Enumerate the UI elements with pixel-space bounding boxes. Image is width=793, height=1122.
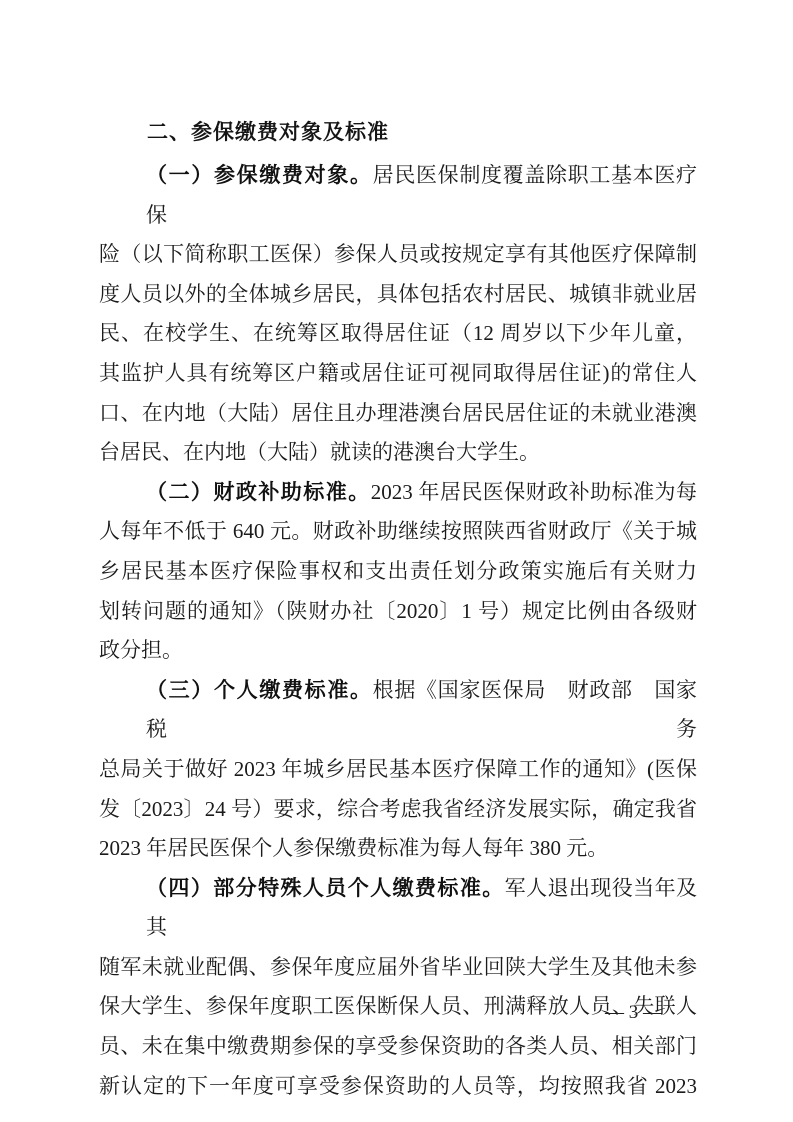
text-run: 人每年不低于 640 元。财政补助继续按照陕西省财政厅《关于城 [99, 519, 697, 543]
text-line: （一）参保缴费对象。居民医保制度覆盖除职工基本医疗保 [99, 156, 697, 235]
text-run: 乡居民基本医疗保险事权和支出责任划分政策实施后有关财力 [99, 559, 697, 583]
text-line: 口、在内地（大陆）居住且办理港澳台居民居住证的未就业港澳 [99, 394, 697, 434]
text-line: 随军未就业配偶、参保年度应届外省毕业回陕大学生及其他未参 [99, 948, 697, 988]
text-run: 度人员以外的全体城乡居民，具体包括农村居民、城镇非就业居 [99, 282, 697, 306]
text-run: 划转问题的通知》（陕财办社〔2020〕1 号）规定比例由各级财 [99, 599, 697, 623]
text-line: 总局关于做好 2023 年城乡居民基本医疗保障工作的通知》(医保 [99, 750, 697, 790]
text-line: （四）部分特殊人员个人缴费标准。军人退出现役当年及其 [99, 869, 697, 948]
text-run: 2023 年居民医保个人参保缴费标准为每人每年 380 元。 [99, 836, 608, 860]
text-run: 险（以下简称职工医保）参保人员或按规定享有其他医疗保障制 [99, 242, 697, 266]
text-run: 其监护人具有统筹区户籍或居住证可视同取得居住证)的常住人 [99, 361, 697, 385]
text-line: 政分担。 [99, 631, 697, 671]
text-line: 员、未在集中缴费期参保的享受参保资助的各类人员、相关部门 [99, 1027, 697, 1067]
text-line: 民、在校学生、在统筹区取得居住证（12 周岁以下少年儿童， [99, 314, 697, 354]
document-content: 二、参保缴费对象及标准 （一）参保缴费对象。居民医保制度覆盖除职工基本医疗保险（… [99, 112, 697, 1106]
text-line: 其监护人具有统筹区户籍或居住证可视同取得居住证)的常住人 [99, 354, 697, 394]
text-line: 人每年不低于 640 元。财政补助继续按照陕西省财政厅《关于城 [99, 512, 697, 552]
paragraph: （三）个人缴费标准。根据《国家医保局 财政部 国家税务总局关于做好 2023 年… [99, 671, 697, 869]
text-line: （二）财政补助标准。2023 年居民医保财政补助标准为每 [99, 473, 697, 513]
text-run: 新认定的下一年度可享受参保资助的人员等，均按照我省 2023 [99, 1074, 697, 1098]
text-line: 新认定的下一年度可享受参保资助的人员等，均按照我省 2023 [99, 1067, 697, 1107]
text-line: 乡居民基本医疗保险事权和支出责任划分政策实施后有关财力 [99, 552, 697, 592]
page-number: — 3 — [605, 1000, 662, 1026]
text-line: 发〔2023〕24 号）要求，综合考虑我省经济发展实际，确定我省 [99, 790, 697, 830]
document-page: 二、参保缴费对象及标准 （一）参保缴费对象。居民医保制度覆盖除职工基本医疗保险（… [0, 0, 793, 1122]
text-run: 2023 年居民医保财政补助标准为每 [371, 480, 697, 504]
text-run: 民、在校学生、在统筹区取得居住证（12 周岁以下少年儿童， [99, 321, 697, 345]
text-line: （三）个人缴费标准。根据《国家医保局 财政部 国家税务 [99, 671, 697, 750]
text-run: 随军未就业配偶、参保年度应届外省毕业回陕大学生及其他未参 [99, 955, 697, 979]
section-heading: 二、参保缴费对象及标准 [147, 112, 697, 154]
paragraph-lead-label: （一）参保缴费对象。 [146, 163, 373, 187]
paragraph: （二）财政补助标准。2023 年居民医保财政补助标准为每人每年不低于 640 元… [99, 473, 697, 671]
text-run: 总局关于做好 2023 年城乡居民基本医疗保障工作的通知》(医保 [99, 757, 697, 781]
text-line: 险（以下简称职工医保）参保人员或按规定享有其他医疗保障制 [99, 235, 697, 275]
paragraph-lead-label: （三）个人缴费标准。 [146, 678, 373, 702]
paragraph: （四）部分特殊人员个人缴费标准。军人退出现役当年及其随军未就业配偶、参保年度应届… [99, 869, 697, 1107]
paragraph: （一）参保缴费对象。居民医保制度覆盖除职工基本医疗保险（以下简称职工医保）参保人… [99, 156, 697, 473]
paragraph-lead-label: （二）财政补助标准。 [146, 480, 371, 504]
text-line: 2023 年居民医保个人参保缴费标准为每人每年 380 元。 [99, 829, 697, 869]
text-run: 员、未在集中缴费期参保的享受参保资助的各类人员、相关部门 [99, 1034, 697, 1058]
text-line: 划转问题的通知》（陕财办社〔2020〕1 号）规定比例由各级财 [99, 592, 697, 632]
text-run: 发〔2023〕24 号）要求，综合考虑我省经济发展实际，确定我省 [99, 797, 697, 821]
text-line: 度人员以外的全体城乡居民，具体包括农村居民、城镇非就业居 [99, 275, 697, 315]
text-run: 口、在内地（大陆）居住且办理港澳台居民居住证的未就业港澳 [99, 401, 697, 425]
text-line: 台居民、在内地（大陆）就读的港澳台大学生。 [99, 433, 697, 473]
text-run: 台居民、在内地（大陆）就读的港澳台大学生。 [99, 440, 540, 464]
text-run: 政分担。 [99, 638, 183, 662]
document-body: （一）参保缴费对象。居民医保制度覆盖除职工基本医疗保险（以下简称职工医保）参保人… [99, 156, 697, 1106]
paragraph-lead-label: （四）部分特殊人员个人缴费标准。 [146, 876, 505, 900]
